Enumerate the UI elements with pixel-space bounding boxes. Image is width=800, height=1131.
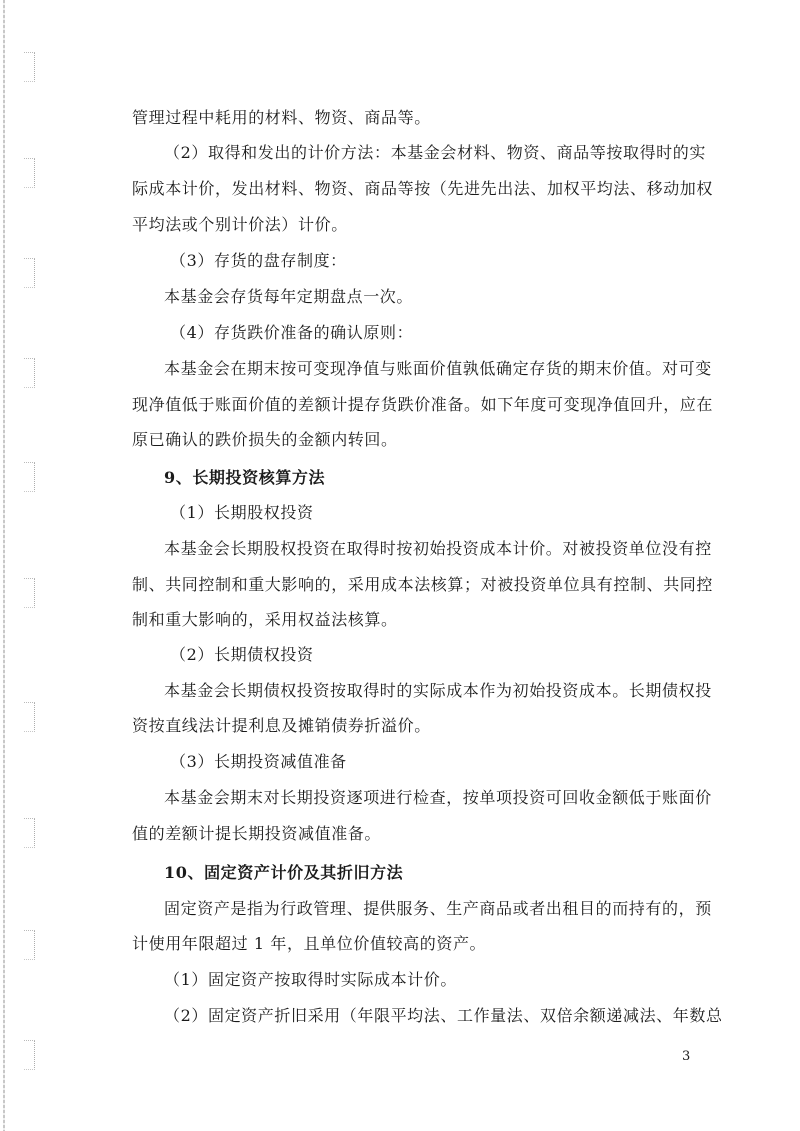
binding-hole-mark — [24, 930, 35, 960]
binding-hole-mark — [24, 258, 35, 288]
subsection-heading: （4）存货跌价准备的确认原则： — [170, 323, 413, 343]
text-line: 本基金会存货每年定期盘点一次。 — [164, 287, 413, 307]
text-line: 计使用年限超过 1 年，且单位价值较高的资产。 — [132, 934, 486, 954]
text-line: （2）取得和发出的计价方法：本基金会材料、物资、商品等按取得时的实 — [164, 143, 706, 163]
text-line: 平均法或个别计价法）计价。 — [132, 215, 348, 235]
binding-hole-mark — [24, 358, 35, 388]
scan-binding-edge — [3, 0, 5, 1131]
text-line: 固定资产是指为行政管理、提供服务、生产商品或者出租目的而持有的，预 — [164, 899, 712, 919]
page-number: 3 — [682, 1049, 690, 1064]
text-line: 制、共同控制和重大影响的，采用成本法核算；对被投资单位具有控制、共同控 — [132, 575, 713, 595]
text-line: （2）固定资产折旧采用（年限平均法、工作量法、双倍余额递减法、年数总 — [164, 1006, 723, 1026]
subsection-heading: （3）存货的盘存制度： — [170, 251, 347, 271]
text-line: 值的差额计提长期投资减值准备。 — [132, 824, 381, 844]
binding-hole-mark — [24, 818, 35, 848]
text-line: 原已确认的跌价损失的金额内转回。 — [132, 430, 398, 450]
binding-hole-mark — [24, 702, 35, 732]
subsection-heading: （3）长期投资减值准备 — [170, 752, 347, 772]
text-line: 管理过程中耗用的材料、物资、商品等。 — [132, 108, 431, 128]
text-line: 本基金会长期股权投资在取得时按初始投资成本计价。对被投资单位没有控 — [164, 539, 712, 559]
text-line: 现净值低于账面价值的差额计提存货跌价准备。如下年度可变现净值回升，应在 — [132, 395, 713, 415]
text-line: 本基金会在期末按可变现净值与账面价值孰低确定存货的期末价值。对可变 — [164, 359, 712, 379]
text-line: 本基金会期末对长期投资逐项进行检查，按单项投资可回收金额低于账面价 — [164, 788, 712, 808]
binding-hole-mark — [24, 158, 35, 188]
section-heading: 10、固定资产计价及其折旧方法 — [164, 863, 403, 883]
binding-hole-mark — [24, 52, 35, 82]
binding-hole-mark — [24, 578, 35, 608]
text-line: 制和重大影响的，采用权益法核算。 — [132, 610, 398, 630]
text-line: 资按直线法计提利息及摊销债券折溢价。 — [132, 716, 431, 736]
binding-hole-mark — [24, 1040, 35, 1070]
subsection-heading: （2）长期债权投资 — [170, 645, 314, 665]
text-line: 本基金会长期债权投资按取得时的实际成本作为初始投资成本。长期债权投 — [164, 681, 712, 701]
text-line: （1）固定资产按取得时实际成本计价。 — [164, 970, 457, 990]
section-heading: 9、长期投资核算方法 — [164, 468, 325, 488]
subsection-heading: （1）长期股权投资 — [170, 503, 314, 523]
text-line: 际成本计价，发出材料、物资、商品等按（先进先出法、加权平均法、移动加权 — [132, 179, 713, 199]
binding-hole-mark — [24, 462, 35, 492]
